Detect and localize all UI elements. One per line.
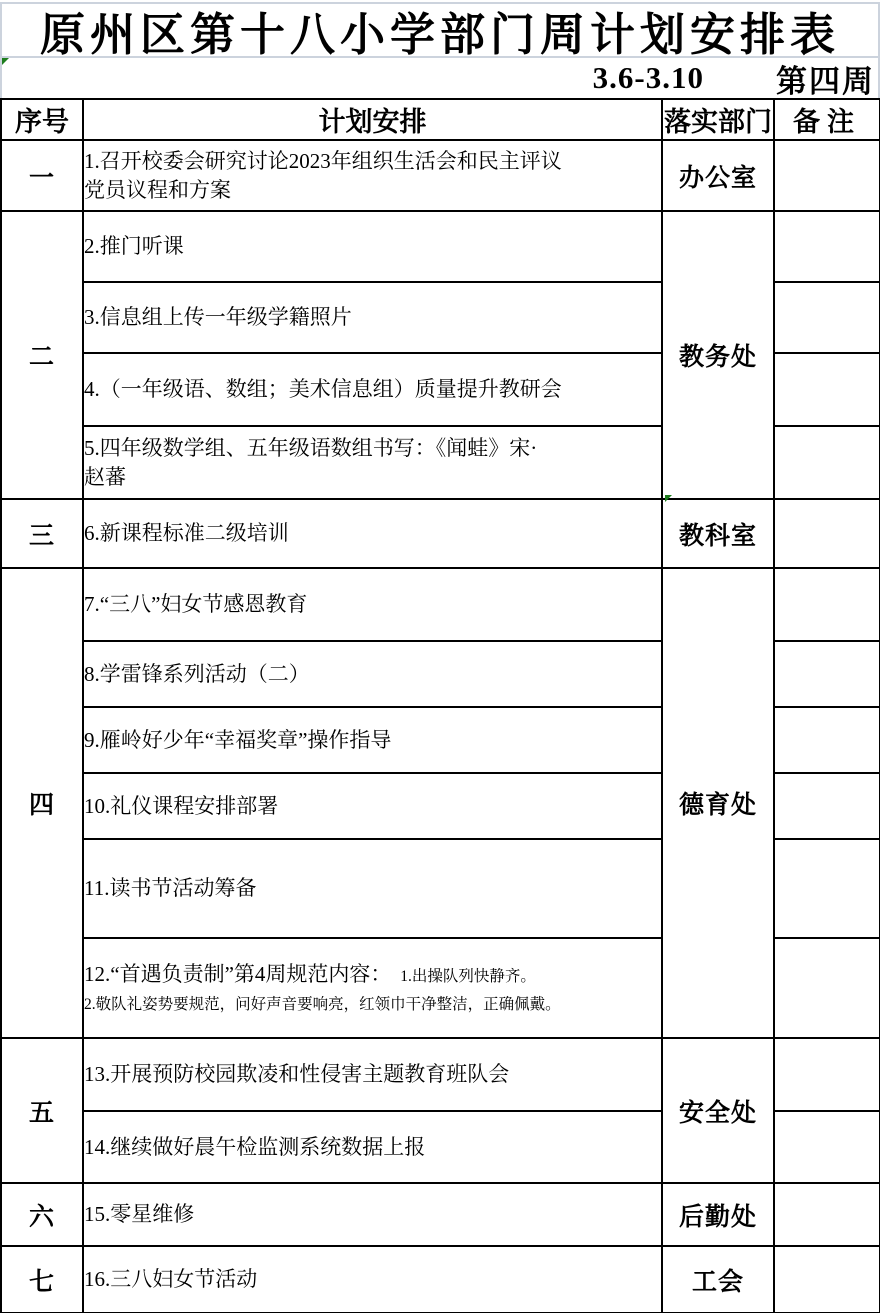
remark-cell — [774, 938, 880, 1038]
plan-cell: 14.继续做好晨午检监测系统数据上报 — [83, 1111, 662, 1183]
sheet-title-block: 原州区第十八小学部门周计划安排表 — [0, 2, 880, 56]
remark-cell — [774, 426, 880, 499]
table-row: 四 7.“三八”妇女节感恩教育 德育处 — [1, 568, 880, 641]
remark-cell — [774, 140, 880, 211]
remark-cell — [774, 707, 880, 773]
plan-cell: 1.召开校委会研究讨论2023年组织生活会和民主评议 党员议程和方案 — [83, 140, 662, 211]
plan-text: 12.“首遇负责制”第4周规范内容： — [84, 962, 381, 986]
serial-cell: 二 — [1, 211, 83, 499]
table-row: 六 15.零星维修 后勤处 — [1, 1183, 880, 1246]
plan-cell: 7.“三八”妇女节感恩教育 — [83, 568, 662, 641]
plan-cell: 2.推门听课 — [83, 211, 662, 282]
plan-cell: 8.学雷锋系列活动（二） — [83, 641, 662, 707]
remark-cell — [774, 773, 880, 839]
remark-cell — [774, 1111, 880, 1183]
remark-cell — [774, 839, 880, 938]
error-indicator-icon — [2, 58, 9, 65]
remark-cell — [774, 641, 880, 707]
header-department: 落实部门 — [662, 99, 774, 140]
plan-cell: 10.礼仪课程安排部署 — [83, 773, 662, 839]
error-indicator-icon — [665, 495, 672, 502]
department-cell: 德育处 — [662, 568, 774, 1038]
serial-cell: 三 — [1, 499, 83, 568]
plan-cell: 4.（一年级语、数组；美术信息组）质量提升教研会 — [83, 353, 662, 426]
week-number: 第四周 — [776, 56, 875, 101]
department-cell: 办公室 — [662, 140, 774, 211]
table-row: 一 1.召开校委会研究讨论2023年组织生活会和民主评议 党员议程和方案 办公室 — [1, 140, 880, 211]
weekly-plan-sheet: 原州区第十八小学部门周计划安排表 3.6-3.10 第四周 序号 计划安排 落实… — [0, 0, 880, 1313]
header-plan: 计划安排 — [83, 99, 662, 140]
header-remark: 备注 — [774, 99, 880, 140]
department-cell: 教科室 — [662, 499, 774, 568]
remark-cell — [774, 499, 880, 568]
header-serial: 序号 — [1, 99, 83, 140]
serial-cell: 五 — [1, 1038, 83, 1183]
table-row: 五 13.开展预防校园欺凌和性侵害主题教育班队会 安全处 — [1, 1038, 880, 1111]
serial-cell: 四 — [1, 568, 83, 1038]
department-cell: 教务处 — [662, 211, 774, 499]
plan-cell: 9.雁岭好少年“幸福奖章”操作指导 — [83, 707, 662, 773]
department-cell: 工会 — [662, 1246, 774, 1313]
remark-cell — [774, 282, 880, 353]
page-title: 原州区第十八小学部门周计划安排表 — [40, 0, 840, 63]
table-row: 二 2.推门听课 教务处 — [1, 211, 880, 282]
plan-cell: 5.四年级数学组、五年级语数组书写：《闻蛙》宋· 赵蕃 — [83, 426, 662, 499]
schedule-table: 序号 计划安排 落实部门 备注 一 1.召开校委会研究讨论2023年组织生活会和… — [0, 98, 880, 1313]
plan-cell: 12.“首遇负责制”第4周规范内容： 1.出操队列快静齐。 2.敬队礼姿势要规范… — [83, 938, 662, 1038]
plan-cell: 11.读书节活动筹备 — [83, 839, 662, 938]
plan-cell: 15.零星维修 — [83, 1183, 662, 1246]
plan-cell: 6.新课程标准二级培训 — [83, 499, 662, 568]
remark-cell — [774, 211, 880, 282]
table-header-row: 序号 计划安排 落实部门 备注 — [1, 99, 880, 140]
department-cell: 后勤处 — [662, 1183, 774, 1246]
table-row: 三 6.新课程标准二级培训 教科室 — [1, 499, 880, 568]
remark-cell — [774, 1038, 880, 1111]
date-range: 3.6-3.10 — [593, 60, 704, 96]
remark-cell — [774, 1246, 880, 1313]
table-row: 七 16.三八妇女节活动 工会 — [1, 1246, 880, 1313]
department-cell: 安全处 — [662, 1038, 774, 1183]
remark-cell — [774, 568, 880, 641]
serial-cell: 七 — [1, 1246, 83, 1313]
plan-cell: 13.开展预防校园欺凌和性侵害主题教育班队会 — [83, 1038, 662, 1111]
plan-cell: 16.三八妇女节活动 — [83, 1246, 662, 1313]
serial-cell: 六 — [1, 1183, 83, 1246]
serial-cell: 一 — [1, 140, 83, 211]
remark-cell — [774, 353, 880, 426]
remark-cell — [774, 1183, 880, 1246]
plan-cell: 3.信息组上传一年级学籍照片 — [83, 282, 662, 353]
